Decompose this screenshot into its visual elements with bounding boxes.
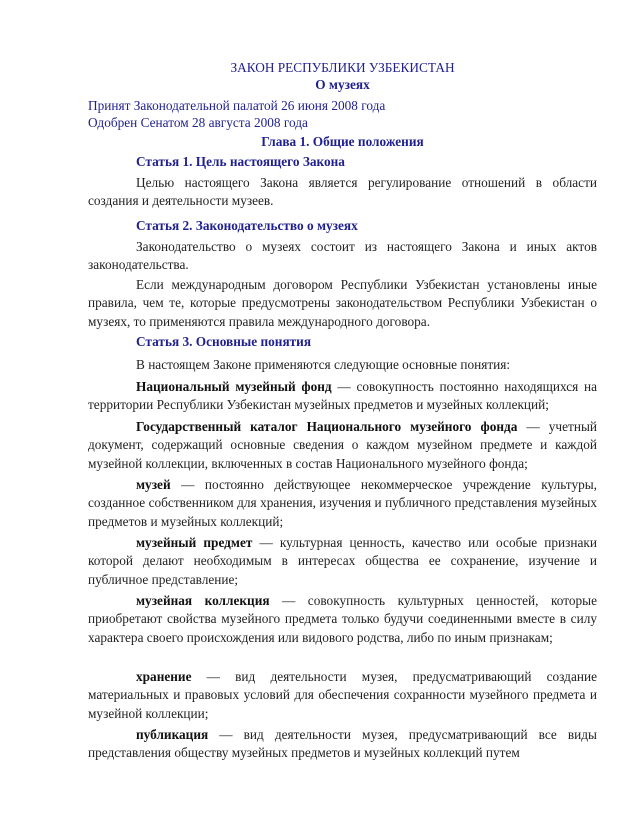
article-2-heading: Статья 2. Законодательство о музеях xyxy=(136,218,358,234)
adopted-date: Принят Законодательной палатой 26 июня 2… xyxy=(88,98,385,114)
article-3-heading: Статья 3. Основные понятия xyxy=(136,334,311,350)
definition-term: хранение xyxy=(136,669,191,684)
definition-publication: публикация — вид деятельности музея, пре… xyxy=(88,726,597,763)
article-1-heading: Статья 1. Цель настоящего Закона xyxy=(136,154,345,170)
definition-term: музей xyxy=(136,477,171,492)
definition-term: Государственный каталог Национального му… xyxy=(136,419,517,434)
definition-national-fund: Национальный музейный фонд — совокупност… xyxy=(88,378,597,415)
definition-museum-item: музейный предмет — культурная ценность, … xyxy=(88,534,597,589)
law-title: ЗАКОН РЕСПУБЛИКИ УЗБЕКИСТАН xyxy=(88,60,597,76)
definition-storage: хранение — вид деятельности музея, преду… xyxy=(88,668,597,723)
article-2-paragraph-1: Законодательство о музеях состоит из нас… xyxy=(88,238,597,275)
definition-museum: музей — постоянно действующее некоммерче… xyxy=(88,476,597,531)
definition-term: публикация xyxy=(136,727,208,742)
definition-term: музейный предмет xyxy=(136,535,252,550)
definition-term: Национальный музейный фонд xyxy=(136,379,332,394)
article-3-intro: В настоящем Законе применяются следующие… xyxy=(88,356,597,374)
definition-museum-collection: музейная коллекция — совокупность культу… xyxy=(88,592,597,647)
definition-state-catalog: Государственный каталог Национального му… xyxy=(88,418,597,473)
article-2-paragraph-2: Если международным договором Республики … xyxy=(88,276,597,331)
approved-date: Одобрен Сенатом 28 августа 2008 года xyxy=(88,115,308,131)
article-1-paragraph: Целью настоящего Закона является регулир… xyxy=(88,174,597,211)
definition-term: музейная коллекция xyxy=(136,593,270,608)
law-subtitle: О музеях xyxy=(88,77,597,93)
chapter-heading: Глава 1. Общие положения xyxy=(88,134,597,150)
